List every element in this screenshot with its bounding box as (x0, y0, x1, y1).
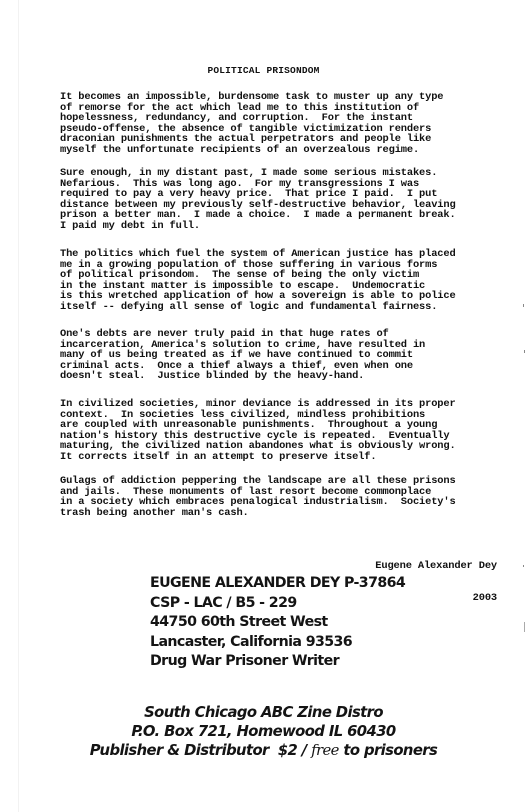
signature-name: Eugene Alexander Dey (375, 561, 497, 572)
text-line: It becomes an impossible, burdensome tas… (60, 92, 520, 103)
paragraph-3: The politics which fuel the system of Am… (60, 249, 520, 313)
scan-edge (18, 0, 19, 812)
address-line: EUGENE ALEXANDER DEY P-37864 (150, 574, 405, 594)
text-line: The politics which fuel the system of Am… (60, 249, 520, 260)
paragraph-5: In civilized societies, minor deviance i… (60, 399, 520, 463)
text-line: trash being another man's cash. (60, 508, 520, 519)
free-word: free (311, 742, 339, 759)
publisher-address: P.O. Box 721, Homewood IL 60430 (0, 722, 527, 741)
text-line: myself the unfortunate recipients of an … (60, 145, 520, 156)
paragraph-2: Sure enough, in my distant past, I made … (60, 168, 520, 232)
text-line: Gulags of addiction peppering the landsc… (60, 476, 520, 487)
publisher-price: $2 / (278, 742, 307, 759)
publisher-role: Publisher & Distributor (90, 742, 269, 759)
scan-speck (523, 565, 524, 567)
publisher-price-line: Publisher & Distributor $2 / free to pri… (0, 741, 527, 760)
address-line: CSP - LAC / B5 - 229 (150, 594, 405, 614)
free-suffix: to prisoners (343, 742, 437, 759)
text-line: doesn't steal. Justice blinded by the he… (60, 371, 520, 382)
address-line: Drug War Prisoner Writer (150, 652, 405, 672)
text-line: In civilized societies, minor deviance i… (60, 399, 520, 410)
paragraph-1: It becomes an impossible, burdensome tas… (60, 92, 520, 156)
text-line: It corrects itself in an attempt to pres… (60, 452, 520, 463)
author-address: EUGENE ALEXANDER DEY P-37864 CSP - LAC /… (150, 574, 405, 672)
paragraph-4: One's debts are never truly paid in that… (60, 329, 520, 382)
scan-speck (523, 304, 524, 307)
publisher-block: South Chicago ABC Zine Distro P.O. Box 7… (0, 703, 527, 760)
scan-speck (524, 622, 525, 632)
text-line: I paid my debt in full. (60, 221, 520, 232)
text-line: itself -- defying all sense of logic and… (60, 302, 520, 313)
document-title: POLITICAL PRISONDOM (0, 66, 527, 77)
scan-speck (524, 350, 525, 353)
publisher-name: South Chicago ABC Zine Distro (0, 703, 527, 722)
text-line: One's debts are never truly paid in that… (60, 329, 520, 340)
text-line: Sure enough, in my distant past, I made … (60, 168, 520, 179)
address-line: Lancaster, California 93536 (150, 633, 405, 653)
paragraph-6: Gulags of addiction peppering the landsc… (60, 476, 520, 518)
address-line: 44750 60th Street West (150, 613, 405, 633)
document-page: POLITICAL PRISONDOM It becomes an imposs… (0, 0, 527, 812)
